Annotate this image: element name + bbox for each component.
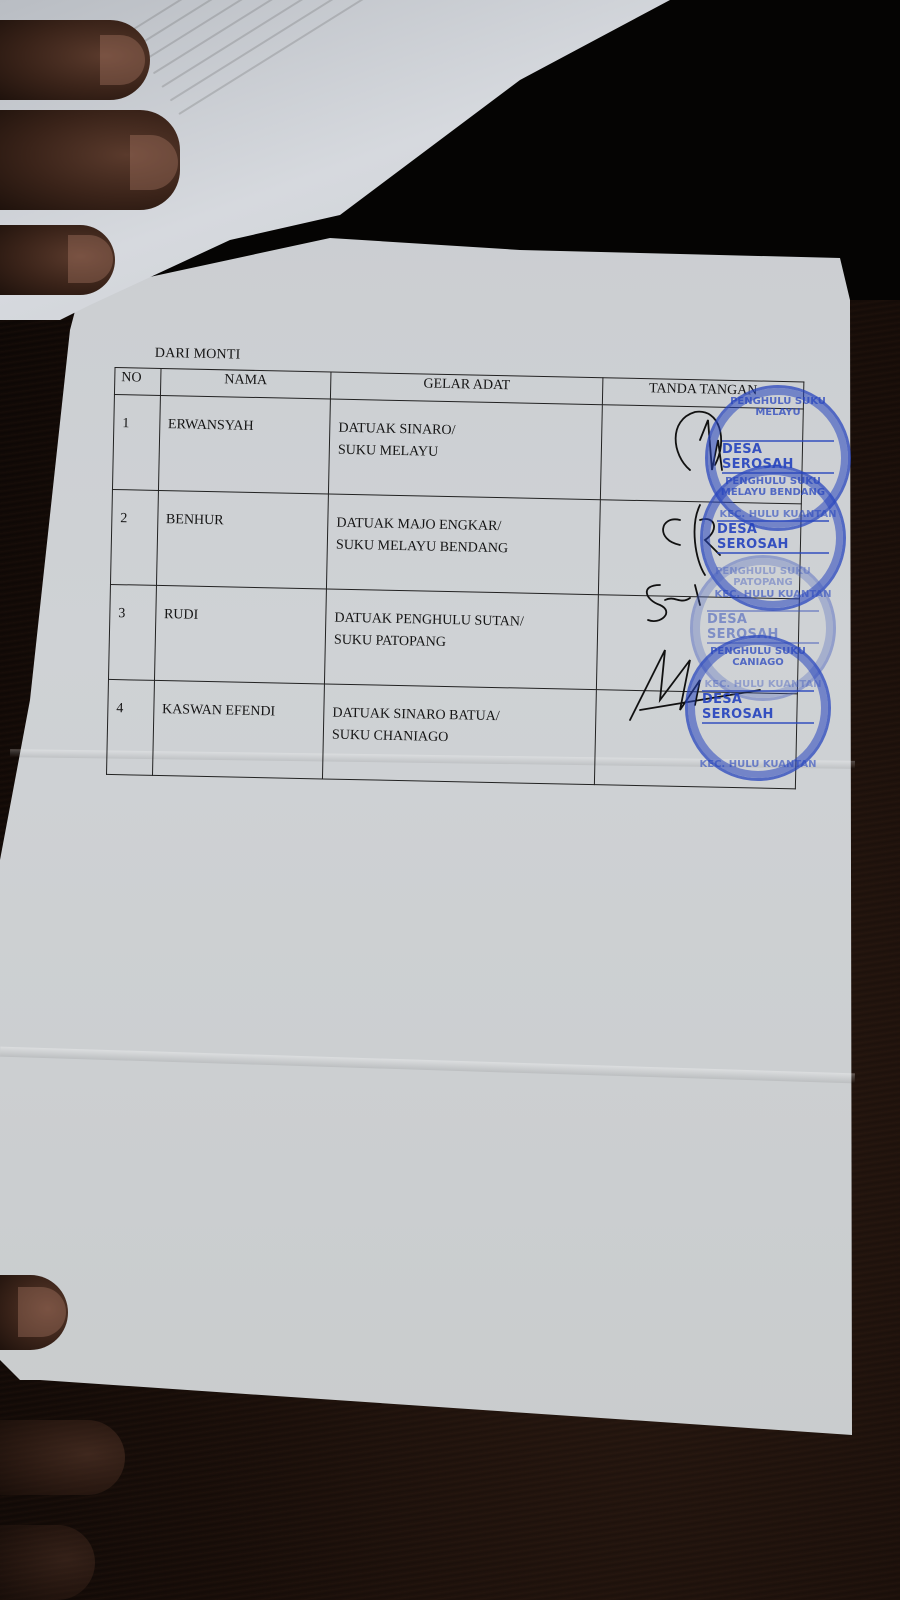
finger-in-shadow [0,1420,125,1495]
stamp-ring-text: PENGHULU SUKU CANIAGO [688,646,828,668]
finger-holding-page [0,110,180,210]
signatures-and-stamps: PENGHULU SUKU MELAYU DESA SEROSAH KEC. H… [0,0,900,1600]
stamp-center-text: DESA SEROSAH [702,690,814,724]
handwritten-signatures [0,0,900,1600]
stamp-ring-text: PENGHULU SUKU MELAYU BENDANG [703,476,843,498]
official-stamp: PENGHULU SUKU CANIAGO DESA SEROSAH KEC. … [685,635,831,781]
stamp-ring-text: PENGHULU SUKU PATOPANG [693,566,833,588]
finger-holding-page [0,20,150,100]
stamp-ring-text: KEC. HULU KUANTAN [688,759,828,770]
stamp-center-text: DESA SEROSAH [717,520,829,554]
finger-in-shadow [0,1525,95,1600]
stamp-ring-text: PENGHULU SUKU MELAYU [708,396,848,418]
finger-holding-page [0,225,115,295]
